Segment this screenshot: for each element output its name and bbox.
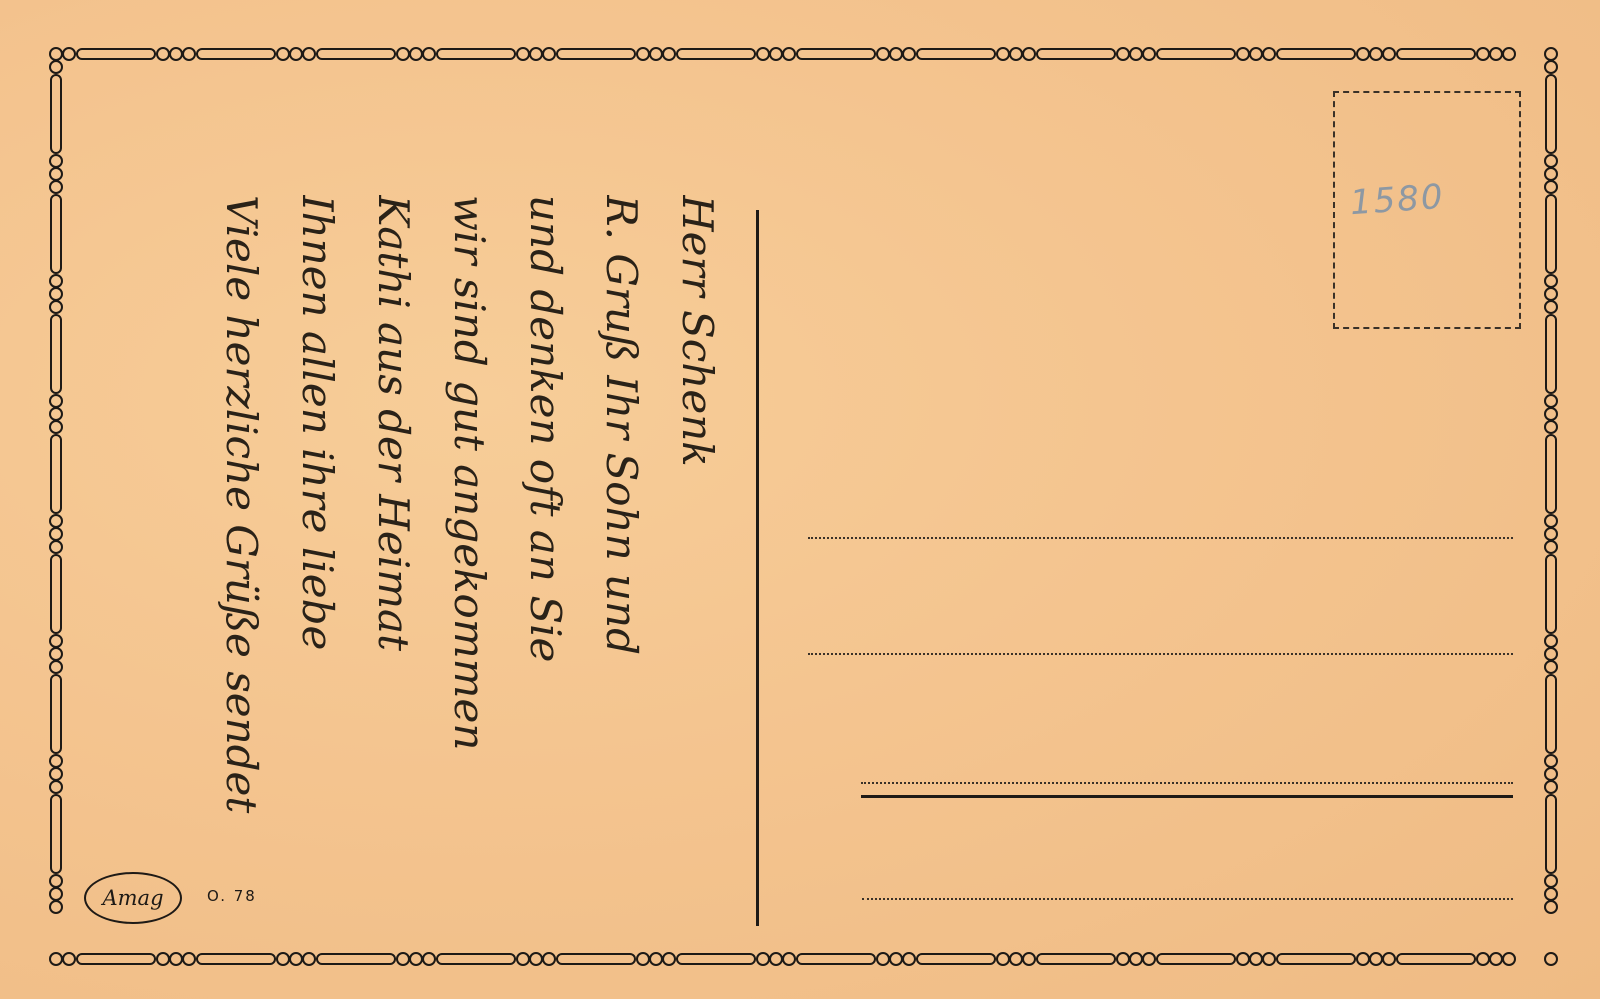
address-line-4 [862, 898, 1513, 900]
postcard-back: 1580 Herr SchenkR. Gruß Ihr Sohn undund … [0, 0, 1600, 999]
message-line: Viele herzliche Grüße sendet [203, 195, 279, 915]
handwritten-message: Herr SchenkR. Gruß Ihr Sohn undund denke… [165, 175, 745, 935]
message-line: und denken oft an Sie [507, 195, 583, 915]
publisher-logo: Amag [84, 872, 182, 924]
address-underline-solid [861, 795, 1513, 798]
message-line: Ihnen allen ihre liebe [279, 195, 355, 915]
address-line-2 [808, 653, 1513, 655]
message-line: wir sind gut angekommen [431, 195, 507, 915]
message-line: Herr Schenk [659, 195, 735, 915]
center-divider-line [756, 210, 759, 926]
address-line-3 [861, 782, 1513, 784]
address-line-1 [808, 537, 1513, 539]
message-line: R. Gruß Ihr Sohn und [583, 195, 659, 915]
pencil-note: 1580 [1349, 177, 1446, 223]
message-line: Kathi aus der Heimat [355, 195, 431, 915]
card-code: O. 78 [207, 887, 257, 905]
